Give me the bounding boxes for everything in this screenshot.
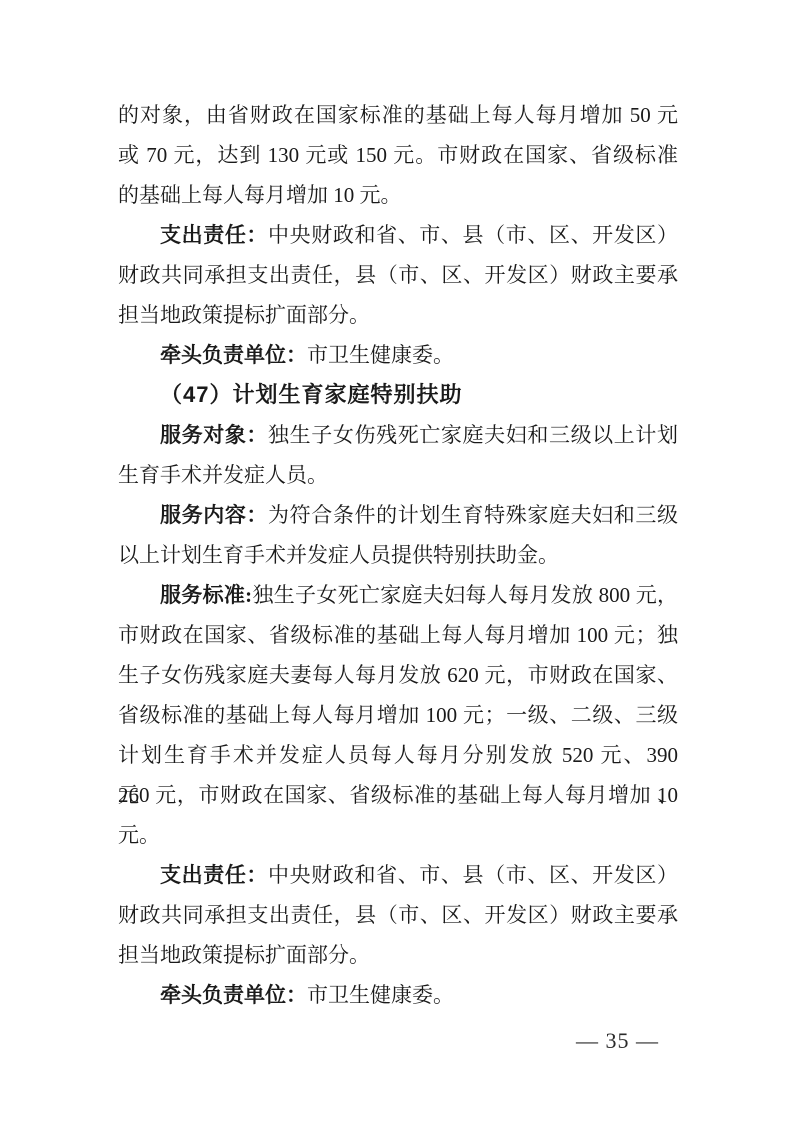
line-text: 担当地政策提标扩面部分。 (118, 943, 370, 967)
line-text: 的基础上每人每月增加 10 元。 (118, 183, 402, 207)
line-text: 为符合条件的计划生育特殊家庭夫妇和三级 (268, 503, 678, 527)
line-text: 财政共同承担支出责任，县（市、区、开发区）财政主要承 (118, 903, 678, 927)
line-text: 中央财政和省、市、县（市、区、开发区） (268, 223, 678, 247)
field-label: 牵头负责单位： (160, 983, 307, 1007)
document-body: 的对象，由省财政在国家标准的基础上每人每月增加 50 元或 70 元，达到 13… (118, 95, 678, 1015)
text-line: 服务内容：为符合条件的计划生育特殊家庭夫妇和三级 (118, 495, 678, 535)
line-text: 或 70 元，达到 130 元或 150 元。市财政在国家、省级标准 (118, 143, 678, 167)
line-text: 市财政在国家、省级标准的基础上每人每月增加 100 元；独 (118, 623, 678, 647)
line-text: 元。 (118, 823, 160, 847)
line-text: 的对象，由省财政在国家标准的基础上每人每月增加 50 元 (118, 103, 678, 127)
text-line: 的基础上每人每月增加 10 元。 (118, 175, 678, 215)
text-line: （47）计划生育家庭特别扶助 (118, 375, 678, 415)
page-number: — 35 — (576, 1026, 659, 1056)
field-label: 支出责任： (160, 863, 268, 887)
line-text: 财政共同承担支出责任，县（市、区、开发区）财政主要承 (118, 263, 678, 287)
field-label: 服务标准: (160, 583, 252, 607)
line-text: 独生子女死亡家庭夫妇每人每月发放 800 元， (252, 583, 678, 607)
document-page: 的对象，由省财政在国家标准的基础上每人每月增加 50 元或 70 元，达到 13… (0, 0, 793, 1122)
line-text: 以上计划生育手术并发症人员提供特别扶助金。 (118, 543, 559, 567)
field-label: 服务内容： (160, 503, 268, 527)
line-text: 生子女伤残家庭夫妻每人每月发放 620 元，市财政在国家、 (118, 663, 678, 687)
field-label: 服务对象： (160, 423, 268, 447)
text-line: 牵头负责单位：市卫生健康委。 (118, 335, 678, 375)
line-text: 担当地政策提标扩面部分。 (118, 303, 370, 327)
text-line: 牵头负责单位：市卫生健康委。 (118, 975, 678, 1015)
text-line: 财政共同承担支出责任，县（市、区、开发区）财政主要承 (118, 895, 678, 935)
field-label: 支出责任： (160, 223, 268, 247)
line-text: 市卫生健康委。 (307, 343, 454, 367)
text-line: 担当地政策提标扩面部分。 (118, 295, 678, 335)
text-line: 市财政在国家、省级标准的基础上每人每月增加 100 元；独 (118, 615, 678, 655)
text-line: 生育手术并发症人员。 (118, 455, 678, 495)
text-line: 以上计划生育手术并发症人员提供特别扶助金。 (118, 535, 678, 575)
text-line: 支出责任：中央财政和省、市、县（市、区、开发区） (118, 855, 678, 895)
line-text: （47）计划生育家庭特别扶助 (160, 382, 462, 407)
text-line: 元。 (118, 815, 678, 855)
line-text: 省级标准的基础上每人每月增加 100 元；一级、二级、三级 (118, 703, 678, 727)
line-text: 生育手术并发症人员。 (118, 463, 328, 487)
field-label: 牵头负责单位： (160, 343, 307, 367)
text-line: 服务标准:独生子女死亡家庭夫妇每人每月发放 800 元， (118, 575, 678, 615)
text-line: 服务对象：独生子女伤残死亡家庭夫妇和三级以上计划 (118, 415, 678, 455)
text-line: 的对象，由省财政在国家标准的基础上每人每月增加 50 元 (118, 95, 678, 135)
text-line: 260 元，市财政在国家、省级标准的基础上每人每月增加 10 (118, 775, 678, 815)
text-line: 或 70 元，达到 130 元或 150 元。市财政在国家、省级标准 (118, 135, 678, 175)
text-line: 生子女伤残家庭夫妻每人每月发放 620 元，市财政在国家、 (118, 655, 678, 695)
line-text: 独生子女伤残死亡家庭夫妇和三级以上计划 (268, 423, 678, 447)
text-line: 计划生育手术并发症人员每人每月分别发放 520 元、390 元、 (118, 735, 678, 775)
text-line: 财政共同承担支出责任，县（市、区、开发区）财政主要承 (118, 255, 678, 295)
text-line: 支出责任：中央财政和省、市、县（市、区、开发区） (118, 215, 678, 255)
text-line: 担当地政策提标扩面部分。 (118, 935, 678, 975)
line-text: 中央财政和省、市、县（市、区、开发区） (268, 863, 678, 887)
text-line: 省级标准的基础上每人每月增加 100 元；一级、二级、三级 (118, 695, 678, 735)
line-text: 260 元，市财政在国家、省级标准的基础上每人每月增加 10 (118, 783, 678, 807)
line-text: 市卫生健康委。 (307, 983, 454, 1007)
